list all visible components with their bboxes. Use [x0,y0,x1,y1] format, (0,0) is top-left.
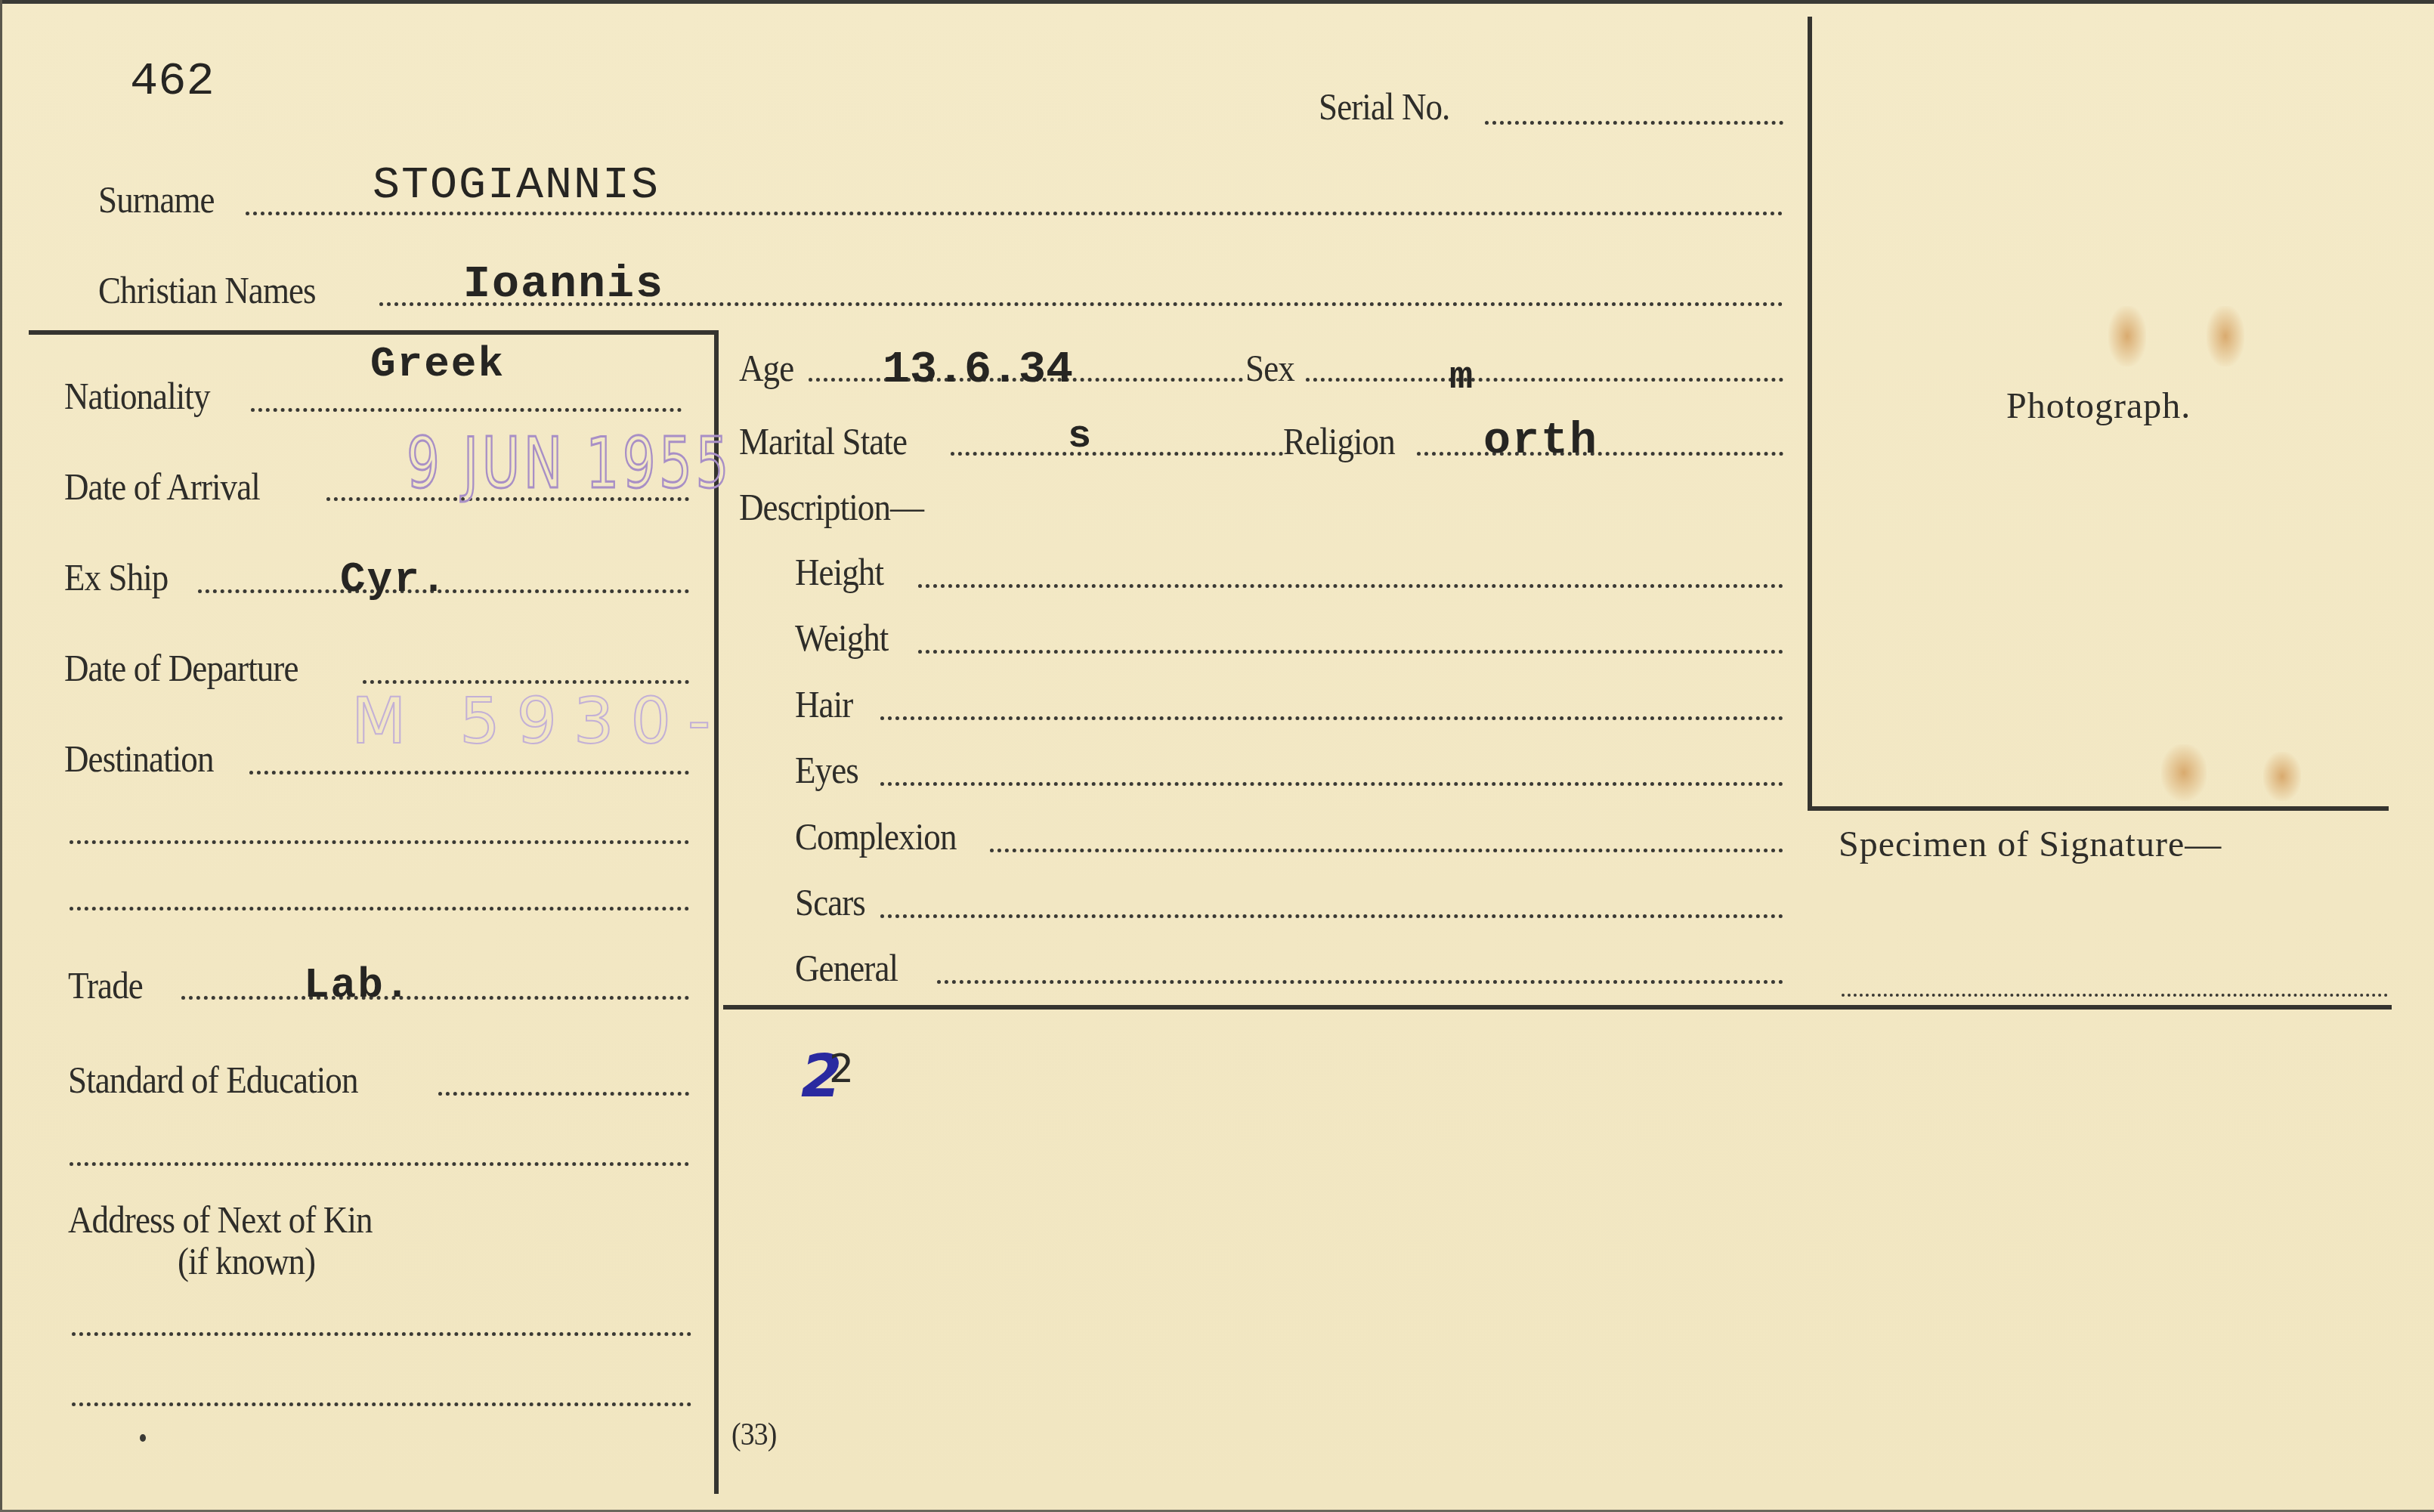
form-number: (33) [731,1417,776,1453]
surname-value: STOGIANNIS [373,160,660,212]
age-value: 13.6.34 [883,345,1073,396]
trade-label: Trade [68,963,143,1007]
complexion-label: Complexion [795,815,956,858]
weight-field[interactable] [918,650,1783,654]
nationality-field[interactable] [251,408,682,412]
sex-label: Sex [1245,346,1294,390]
ex-ship-value: Cyr. [340,555,447,604]
nationality-label: Nationality [64,374,210,418]
scars-field[interactable] [880,914,1783,918]
sex-field[interactable] [1306,378,1783,382]
marital-state-field[interactable] [951,452,1283,456]
date-of-departure-label: Date of Departure [64,646,298,690]
ink-speck [140,1434,146,1442]
trade-value: Lab. [304,961,411,1010]
card-top-edge [0,0,2434,4]
christian-names-value: Ioannis [463,259,664,311]
next-of-kin-field-line-2[interactable] [72,1402,691,1406]
height-field[interactable] [918,584,1783,588]
destination-field[interactable] [249,771,689,775]
religion-value: orth [1483,416,1598,467]
date-of-arrival-label: Date of Arrival [64,465,260,509]
complexion-field[interactable] [990,849,1783,852]
hair-label: Hair [795,682,852,726]
standard-of-education-field[interactable] [438,1092,689,1096]
standard-of-education-field-line-2[interactable] [70,1162,689,1166]
handwritten-note-superscript: 2 [829,1047,854,1092]
serial-no-label: Serial No. [1319,85,1449,128]
scars-label: Scars [795,880,865,924]
hair-field[interactable] [880,716,1783,720]
marital-state-value: s [1068,414,1093,459]
destination-label: Destination [64,737,214,781]
departure-stamp: M 5930- [351,684,727,758]
religion-label: Religion [1283,419,1395,463]
weight-label: Weight [795,616,888,660]
next-of-kin-sublabel: (if known) [178,1239,315,1283]
nationality-value: Greek [370,340,505,388]
age-label: Age [739,346,793,390]
marital-state-label: Marital State [739,419,907,463]
signature-label: Specimen of Signature— [1839,824,2222,865]
religion-field[interactable] [1417,452,1783,456]
divider-photo-left [1808,17,1812,810]
surname-label: Surname [98,178,215,221]
destination-field-line-3[interactable] [70,907,689,911]
standard-of-education-label: Standard of Education [68,1058,357,1102]
card-number: 462 [130,54,215,108]
divider-header-bottom [29,330,718,335]
christian-names-label: Christian Names [98,268,316,312]
trade-field[interactable] [181,996,689,1000]
photograph-area[interactable] [1814,17,2388,806]
general-label: General [795,946,898,990]
serial-no-field[interactable] [1485,121,1783,125]
destination-field-line-2[interactable] [70,840,689,844]
next-of-kin-label: Address of Next of Kin [68,1198,373,1241]
divider-middle-bottom [723,1005,2392,1010]
surname-field[interactable] [246,212,1783,215]
next-of-kin-field-line-1[interactable] [72,1332,691,1336]
divider-left-panel [714,330,719,1494]
date-of-arrival-stamp: 9 JUN 1955 [407,423,732,504]
general-field[interactable] [937,980,1783,984]
alien-registration-card: 462 Serial No. Surname STOGIANNIS Christ… [0,0,2434,1512]
description-heading: Description— [739,485,923,529]
card-left-edge [0,0,2,1512]
height-label: Height [795,550,883,594]
eyes-field[interactable] [880,782,1783,786]
signature-field[interactable] [1842,994,2388,997]
ex-ship-label: Ex Ship [64,555,168,599]
sex-value: m [1449,355,1474,400]
divider-photo-bottom [1808,806,2389,811]
eyes-label: Eyes [795,748,858,792]
